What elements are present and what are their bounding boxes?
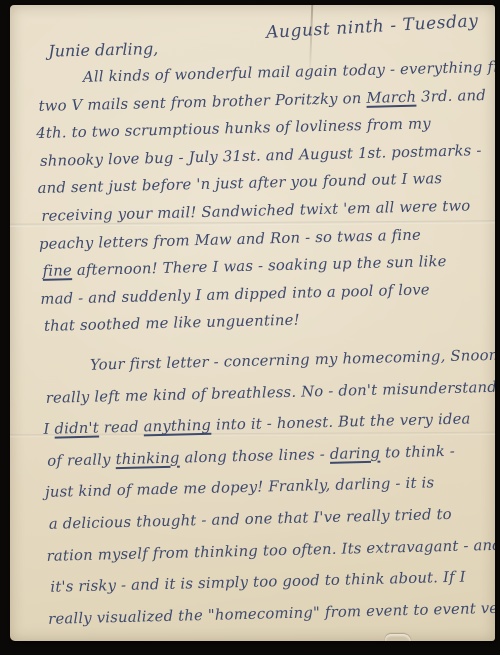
letter-paragraphs: All kinds of wonderful mail again today … (35, 54, 495, 635)
letter-paper: August ninth - Tuesday Junie darling, Al… (10, 5, 495, 641)
text-segment: along those lines - (179, 446, 330, 467)
underlined-word: didn't (54, 420, 99, 438)
text-segment: really left me kind of breathless. No - … (46, 378, 495, 406)
text-segment: 3rd. and (416, 87, 486, 106)
text-segment: just kind of made me dopey! Frankly, dar… (45, 475, 435, 502)
underlined-word: thinking (115, 449, 179, 468)
letter-body: Junie darling, All kinds of wonderful ma… (34, 28, 495, 635)
paper-tear-bottom-edge (385, 634, 411, 641)
text-segment: afternoon! There I was - soaking up the … (72, 253, 447, 279)
text-segment: Your first letter - concerning my homeco… (90, 347, 495, 374)
text-segment: peachy letters from Maw and Ron - so twa… (39, 226, 421, 252)
underlined-word: daring (330, 444, 381, 462)
text-segment: a delicious thought - and one that I've … (49, 506, 452, 533)
underlined-word: fine (42, 262, 72, 280)
letter-photo: August ninth - Tuesday Junie darling, Al… (0, 0, 500, 655)
underlined-word: anything (143, 417, 211, 436)
text-segment: that soothed me like unguentine! (44, 312, 300, 335)
text-segment: it's risky - and it is simply too good t… (50, 569, 466, 596)
text-segment: of really (47, 451, 116, 470)
text-segment: ration myself from thinking too often. I… (46, 536, 495, 564)
underlined-word: March (366, 88, 416, 106)
paragraph: All kinds of wonderful mail again today … (35, 54, 495, 341)
text-segment: really visualized the "homecoming" from … (48, 598, 495, 628)
text-segment: and sent just before 'n just after you f… (37, 170, 442, 197)
text-segment: 4th. to two scrumptious hunks of lovline… (36, 116, 431, 143)
text-segment: mad - and suddenly I am dipped into a po… (40, 281, 430, 308)
paragraph: Your first letter - concerning my homeco… (42, 340, 495, 635)
text-segment: two V mails sent from brother Poritzky o… (38, 89, 366, 114)
text-segment: into it - honest. But the very idea (211, 411, 471, 434)
text-segment: receiving your mail! Sandwiched twixt 'e… (41, 197, 471, 224)
text-segment: All kinds of wonderful mail again today … (83, 58, 495, 86)
text-segment: I (43, 421, 54, 438)
text-segment: to think - (380, 443, 455, 462)
text-segment: read (99, 419, 144, 437)
